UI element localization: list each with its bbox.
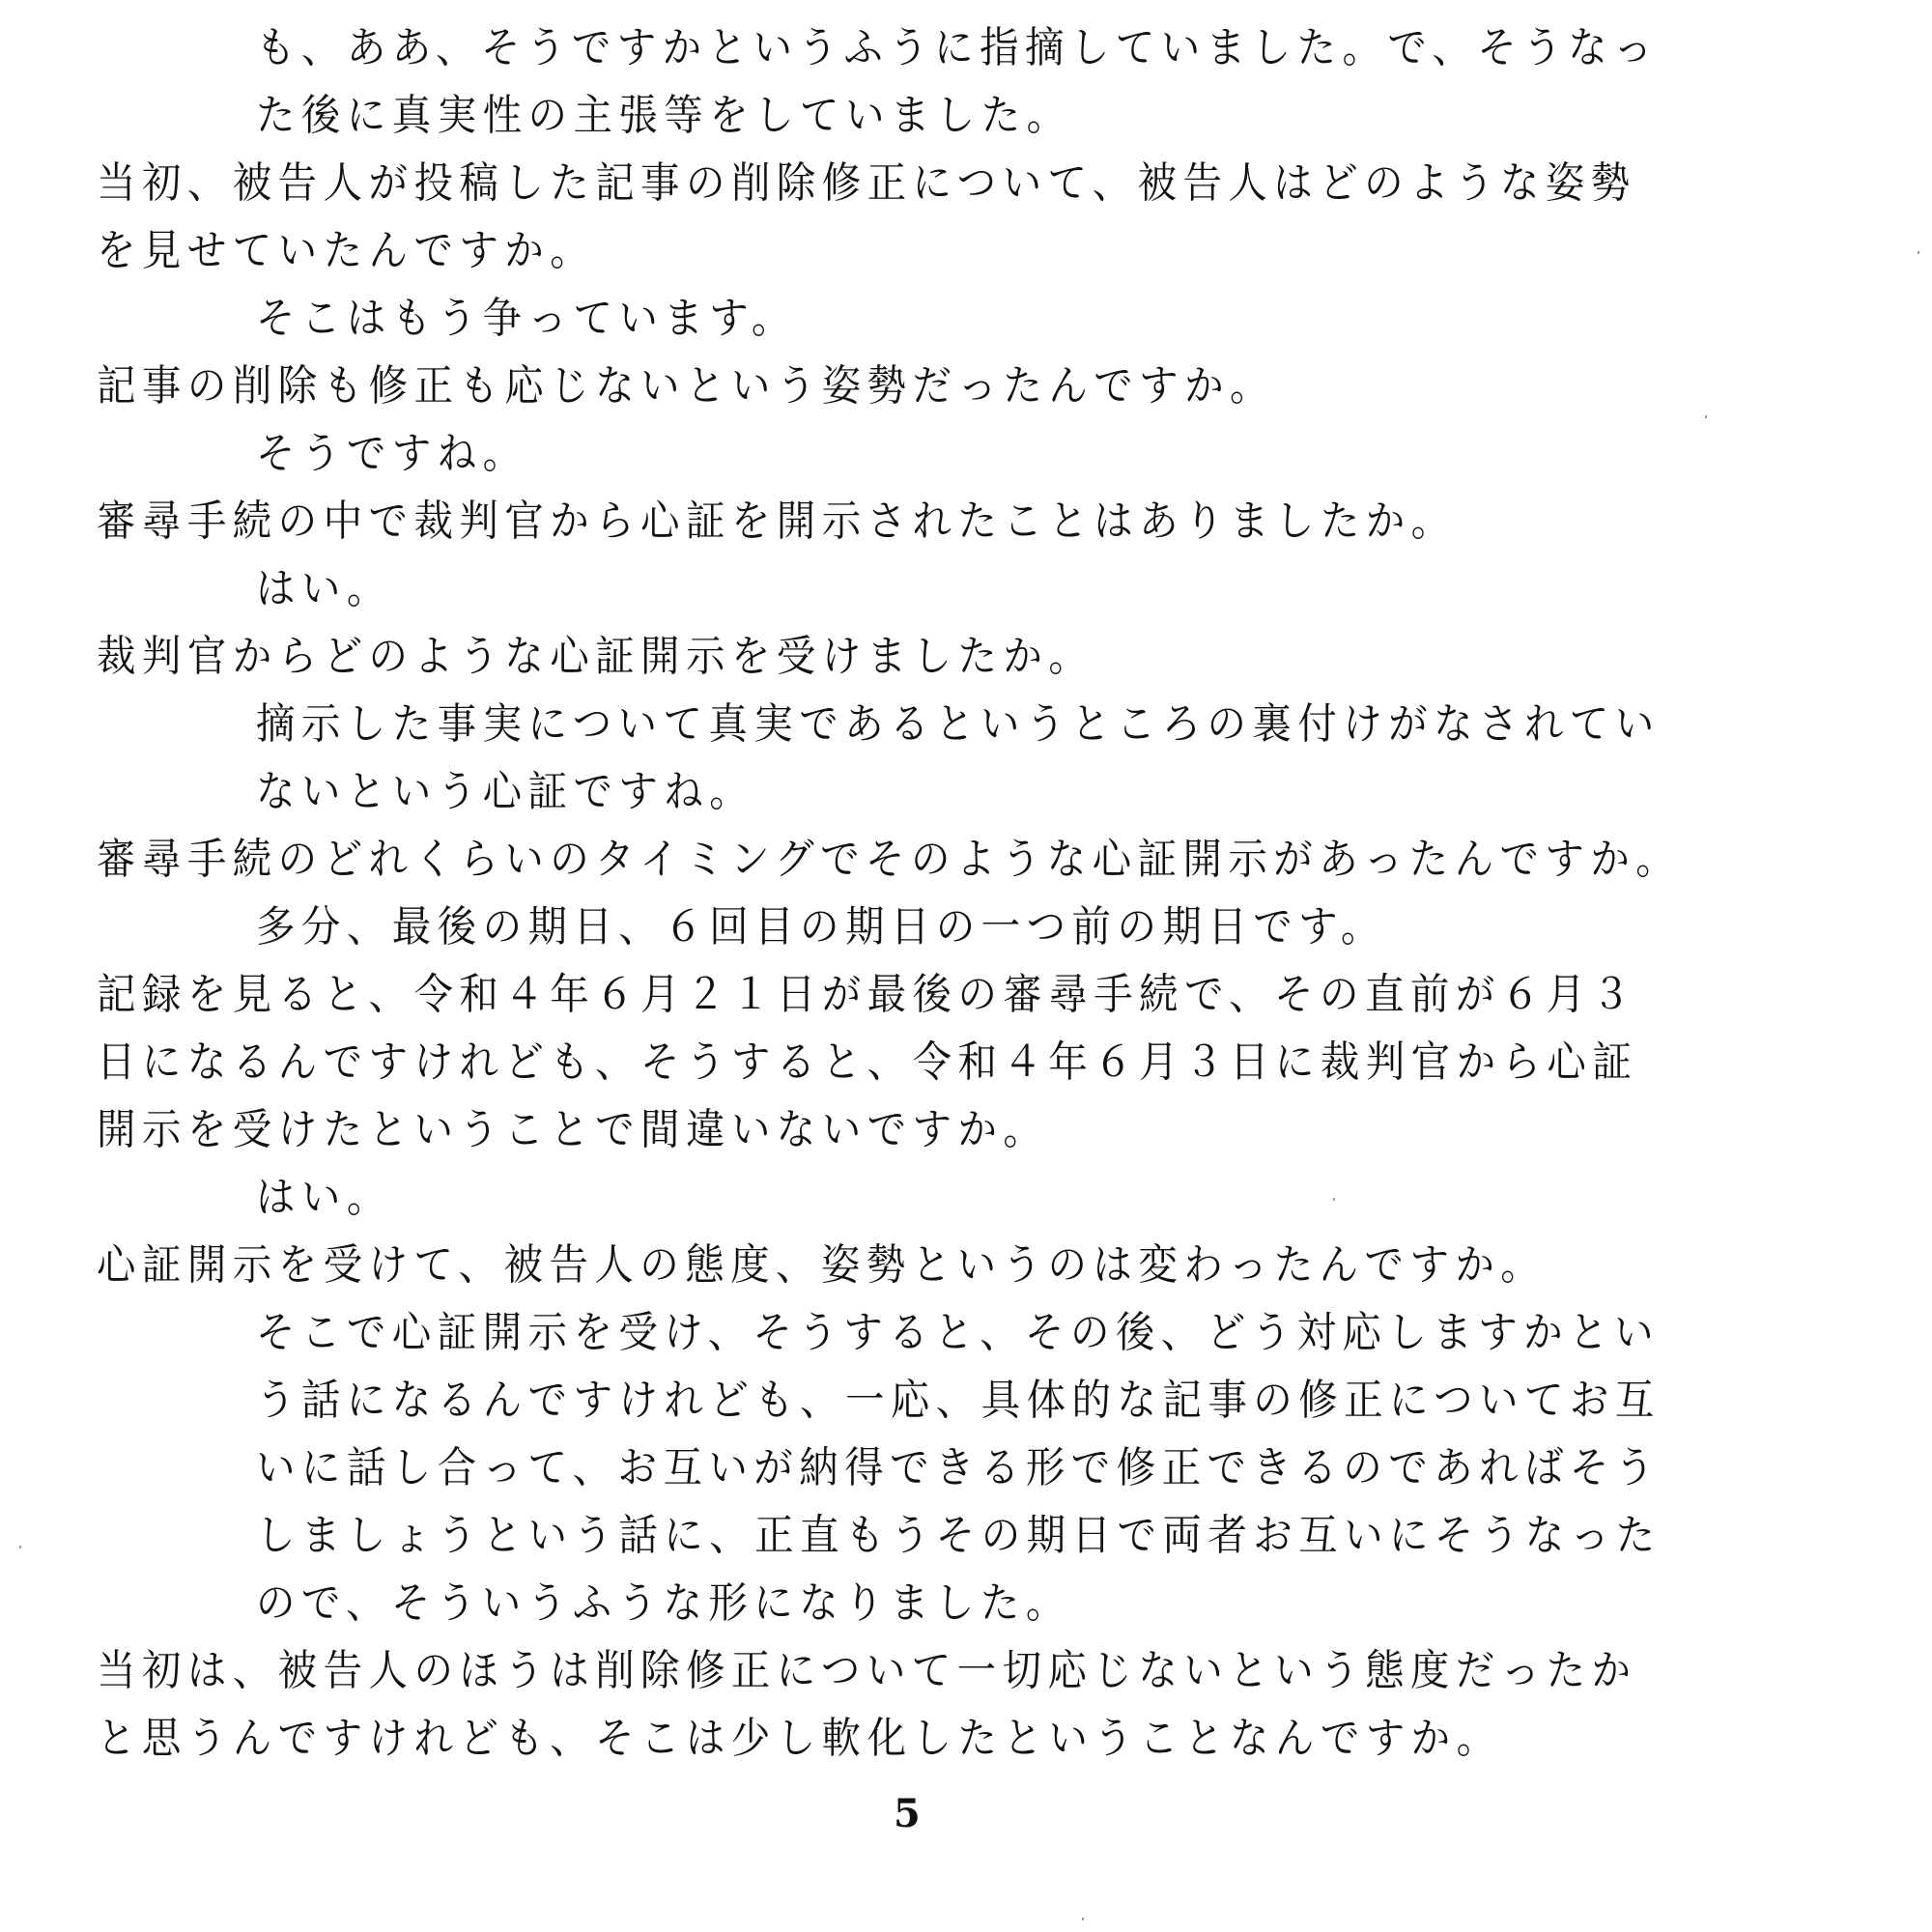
question-line: を見せていたんですか。 <box>97 217 595 285</box>
question-line: と思うんですけれども、そこは少し軟化したということなんですか。 <box>97 1705 1502 1773</box>
answer-line: はい。 <box>256 555 392 623</box>
page-number: 5 <box>894 1787 921 1841</box>
answer-line: う話になるんですけれども、一応、具体的な記事の修正についてお互 <box>256 1367 1661 1435</box>
scan-speck <box>1705 415 1707 418</box>
question-line: 日になるんですけれども、そうすると、令和４年６月３日に裁判官から心証 <box>97 1029 1637 1096</box>
scan-speck <box>1918 251 1919 254</box>
answer-line: いに話し合って、お互いが納得できる形で修正できるのであればそう <box>256 1435 1661 1502</box>
question-line: 審尋手続の中で裁判官から心証を開示されたことはありましたか。 <box>97 488 1457 555</box>
answer-line: た後に真実性の主張等をしていました。 <box>256 82 1072 150</box>
scan-speck <box>19 1546 21 1548</box>
scan-speck <box>720 29 722 32</box>
answer-line: 摘示した事実について真実であるというところの裏付けがなされてい <box>256 691 1661 758</box>
answer-line: そこで心証開示を受け、そうすると、その後、どう対応しますかとい <box>256 1299 1660 1367</box>
answer-line: はい。 <box>256 1164 392 1232</box>
scan-speck <box>1333 1198 1335 1201</box>
answer-line: そこはもう争っています。 <box>256 285 797 353</box>
question-line: 記事の削除も修正も応じないという姿勢だったんですか。 <box>97 353 1275 420</box>
question-line: 裁判官からどのような心証開示を受けましたか。 <box>97 623 1094 691</box>
question-line: 記録を見ると、令和４年６月２１日が最後の審尋手続で、その直前が６月３ <box>97 961 1636 1029</box>
scan-speck <box>1082 1918 1084 1920</box>
question-line: 当初は、被告人のほうは削除修正について一切応じないという態度だったか <box>97 1637 1636 1705</box>
answer-line: も、ああ、そうですかというふうに指摘していました。で、そうなっ <box>256 14 1659 82</box>
answer-line: 多分、最後の期日、６回目の期日の一つ前の期日です。 <box>256 894 1386 961</box>
question-line: 心証開示を受けて、被告人の態度、姿勢というのは変わったんですか。 <box>97 1232 1546 1299</box>
question-line: 当初、被告人が投稿した記事の削除修正について、被告人はどのような姿勢 <box>97 150 1636 217</box>
answer-line: そうですね。 <box>256 420 528 488</box>
answer-line: しましょうという話に、正直もうその期日で両者お互いにそうなった <box>256 1502 1662 1570</box>
transcript-page: も、ああ、そうですかというふうに指摘していました。で、そうなっ た後に真実性の主… <box>0 0 1932 1932</box>
answer-line: ので、そういうふうな形になりました。 <box>256 1570 1071 1637</box>
answer-line: ないという心証ですね。 <box>256 758 754 826</box>
question-line: 審尋手続のどれくらいのタイミングでそのような心証開示があったんですか。 <box>97 826 1681 894</box>
question-line: 開示を受けたということで間違いないですか。 <box>97 1096 1048 1164</box>
